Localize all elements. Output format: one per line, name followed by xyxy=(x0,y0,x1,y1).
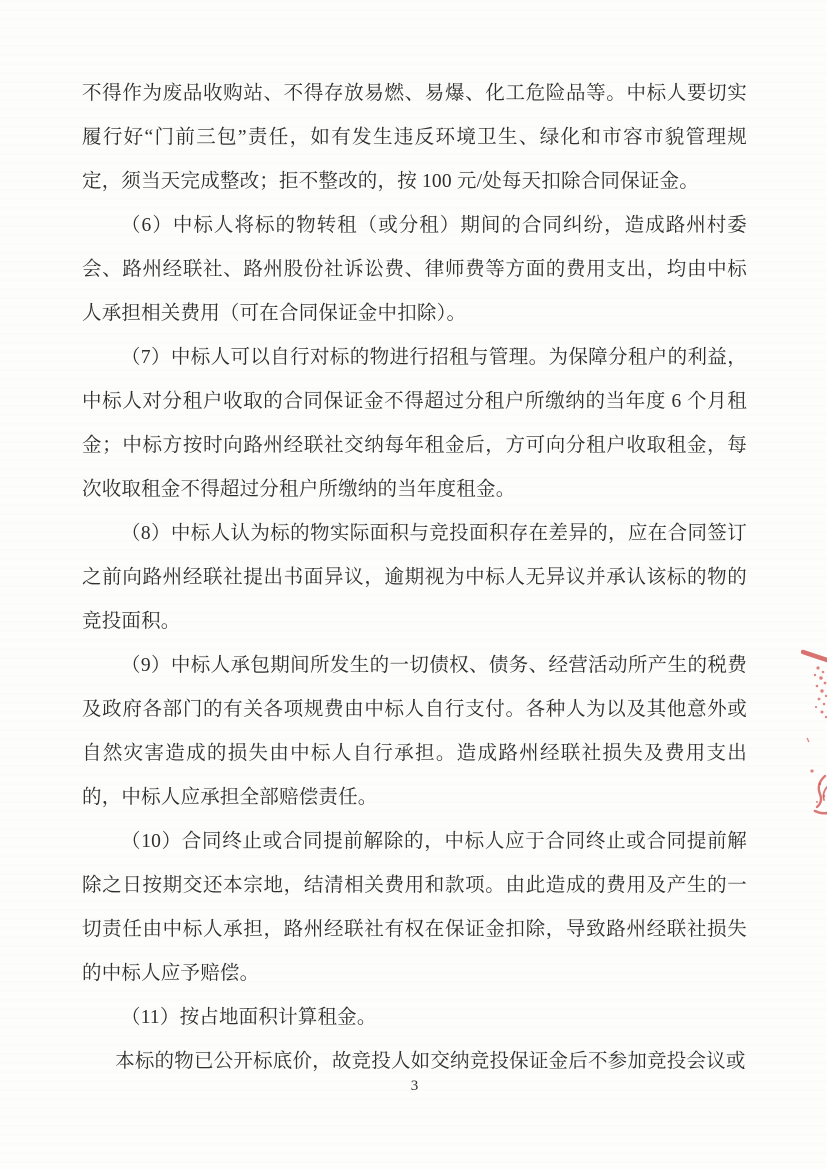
clause-9-paragraph: （9）中标人承包期间所发生的一切债权、债务、经营活动所产生的税费及政府各部门的有… xyxy=(82,644,747,820)
red-seal-fragment-icon xyxy=(801,645,827,825)
clause-10-paragraph: （10）合同终止或合同提前解除的，中标人应于合同终止或合同提前解除之日按期交还本… xyxy=(82,820,747,996)
clause-8-paragraph: （8）中标人认为标的物实际面积与竞投面积存在差异的，应在合同签订之前向路州经联社… xyxy=(82,512,747,644)
clause-6-paragraph: （6）中标人将标的物转租（或分租）期间的合同纠纷，造成路州村委会、路州经联社、路… xyxy=(82,204,747,336)
body-continuation-paragraph: 不得作为废品收购站、不得存放易燃、易爆、化工危险品等。中标人要切实履行好“门前三… xyxy=(82,72,747,204)
page-number: 3 xyxy=(82,1078,747,1095)
scanned-document-page: 不得作为废品收购站、不得存放易燃、易爆、化工危险品等。中标人要切实履行好“门前三… xyxy=(0,0,827,1169)
clause-7-paragraph: （7）中标人可以自行对标的物进行招租与管理。为保障分租户的利益，中标人对分租户收… xyxy=(82,336,747,512)
document-body: 不得作为废品收购站、不得存放易燃、易爆、化工危险品等。中标人要切实履行好“门前三… xyxy=(82,72,747,1084)
clause-11-paragraph: （11）按占地面积计算租金。 xyxy=(82,996,747,1040)
